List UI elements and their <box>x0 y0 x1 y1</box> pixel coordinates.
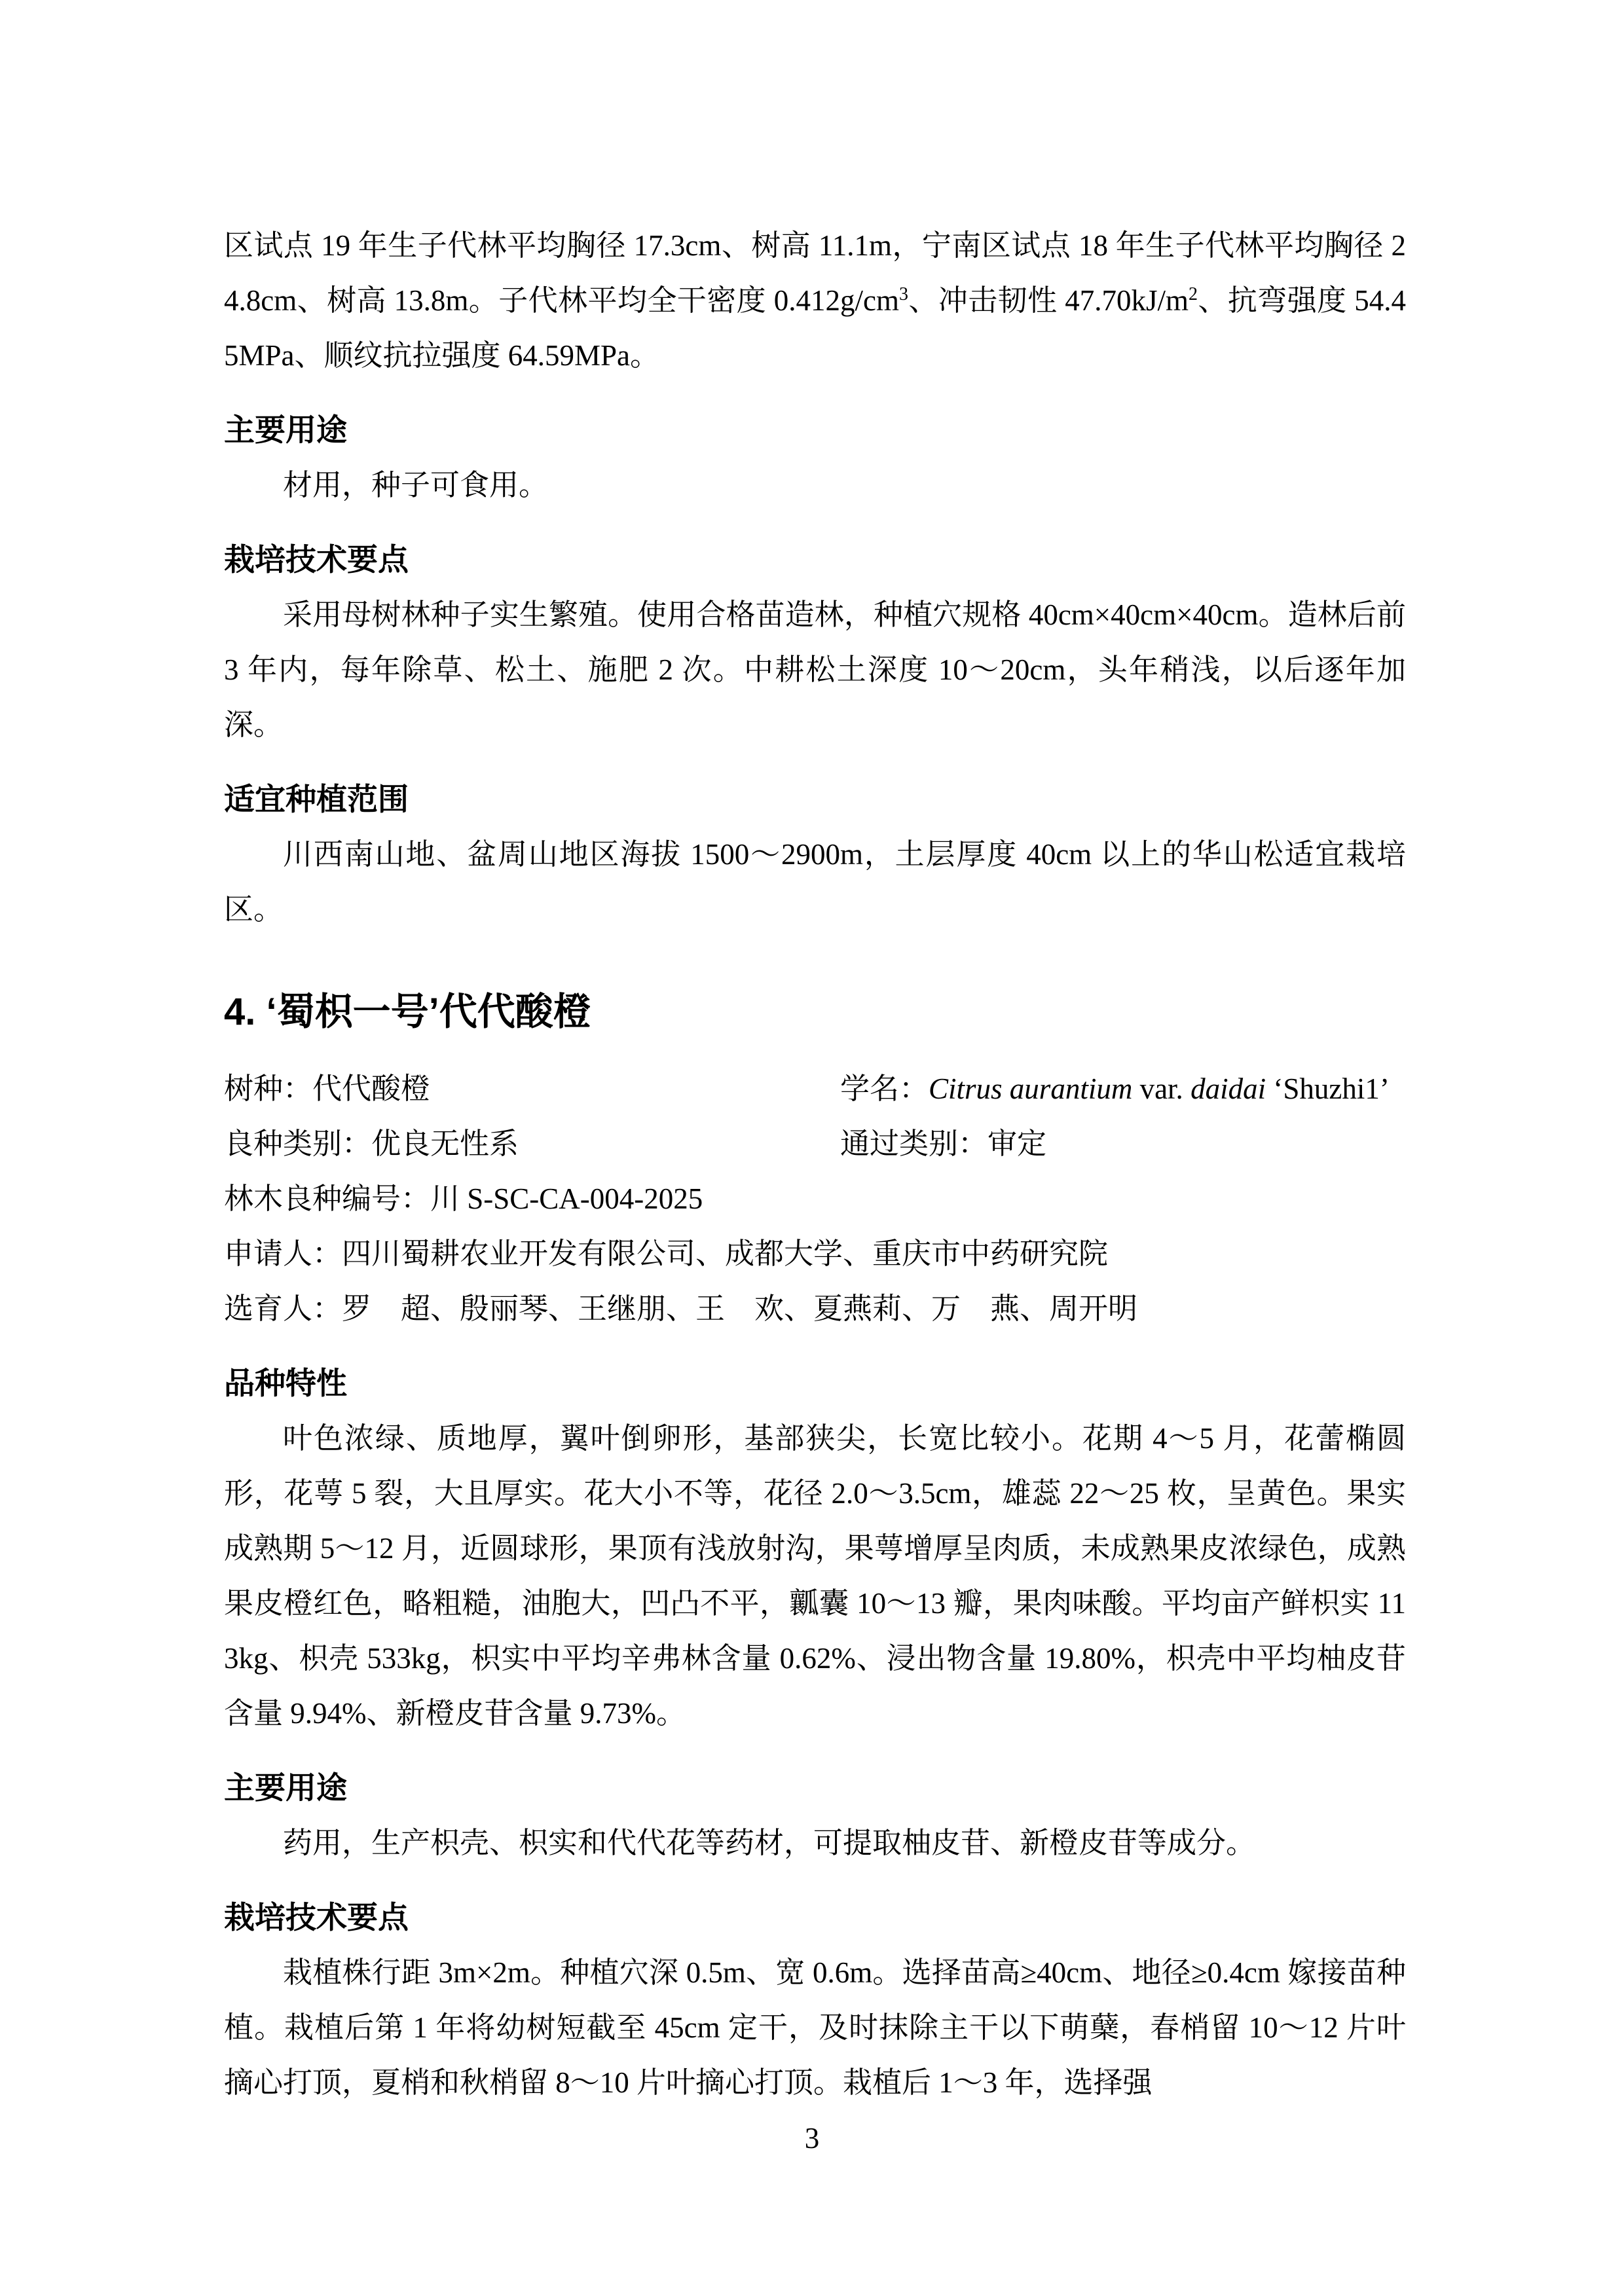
text-run: 通过类别：审定 <box>840 1127 1046 1160</box>
body-paragraph: 叶色浓绿、质地厚，翼叶倒卵形，基部狭尖，长宽比较小。花期 4～5 月，花蕾椭圆形… <box>224 1411 1406 1741</box>
text-run: ‘Shuzhi1’ <box>1266 1072 1390 1105</box>
meta-field-left: 树种：代代酸橙 <box>224 1061 840 1116</box>
section-heading: 适宜种植范围 <box>224 772 1406 827</box>
superscript-text: 2 <box>1189 284 1198 304</box>
document-page: 区试点 19 年生子代林平均胸径 17.3cm、树高 11.1m，宁南区试点 1… <box>0 0 1624 2296</box>
meta-row: 良种类别：优良无性系通过类别：审定 <box>224 1116 1406 1171</box>
text-run: 采用母树林种子实生繁殖。使用合格苗造林，种植穴规格 40cm×40cm×40cm… <box>224 598 1406 741</box>
body-paragraph: 药用，生产枳壳、枳实和代代花等药材，可提取柚皮苷、新橙皮苷等成分。 <box>224 1815 1406 1870</box>
text-run: 材用，种子可食用。 <box>283 469 548 501</box>
text-run: 药用，生产枳壳、枳实和代代花等药材，可提取柚皮苷、新橙皮苷等成分。 <box>283 1827 1255 1859</box>
text-run: 学名： <box>840 1072 929 1105</box>
section-heading: 栽培技术要点 <box>224 1890 1406 1945</box>
section-heading: 主要用途 <box>224 403 1406 458</box>
meta-field-right: 通过类别：审定 <box>840 1116 1406 1171</box>
text-run: 林木良种编号：川 S-SC-CA-004-2025 <box>224 1182 703 1215</box>
document-content: 区试点 19 年生子代林平均胸径 17.3cm、树高 11.1m，宁南区试点 1… <box>224 218 1406 2110</box>
meta-field: 申请人：四川蜀耕农业开发有限公司、成都大学、重庆市中药研究院 <box>224 1226 1406 1281</box>
page-number: 3 <box>0 2121 1624 2155</box>
text-run: 川西南山地、盆周山地区海拔 1500～2900m，土层厚度 40cm 以上的华山… <box>224 838 1406 926</box>
text-run: 良种类别：优良无性系 <box>224 1127 519 1160</box>
chapter-heading: 4. ‘蜀枳一号’代代酸橙 <box>224 976 1406 1048</box>
text-run: 申请人：四川蜀耕农业开发有限公司、成都大学、重庆市中药研究院 <box>224 1237 1108 1270</box>
scientific-name-text: daidai <box>1190 1072 1266 1105</box>
body-paragraph: 栽植株行距 3m×2m。种植穴深 0.5m、宽 0.6m。选择苗高≥40cm、地… <box>224 1945 1406 2110</box>
section-heading: 品种特性 <box>224 1356 1406 1411</box>
section-heading: 栽培技术要点 <box>224 532 1406 587</box>
meta-row: 树种：代代酸橙学名：Citrus aurantium var. daidai ‘… <box>224 1061 1406 1116</box>
meta-field: 选育人：罗 超、殷丽琴、王继朋、王 欢、夏燕莉、万 燕、周开明 <box>224 1281 1406 1336</box>
meta-field-right: 学名：Citrus aurantium var. daidai ‘Shuzhi1… <box>840 1061 1406 1116</box>
text-run: 栽植株行距 3m×2m。种植穴深 0.5m、宽 0.6m。选择苗高≥40cm、地… <box>224 1956 1406 2099</box>
body-paragraph: 川西南山地、盆周山地区海拔 1500～2900m，土层厚度 40cm 以上的华山… <box>224 827 1406 937</box>
meta-field-left: 良种类别：优良无性系 <box>224 1116 840 1171</box>
body-paragraph: 区试点 19 年生子代林平均胸径 17.3cm、树高 11.1m，宁南区试点 1… <box>224 218 1406 383</box>
text-run: 选育人：罗 超、殷丽琴、王继朋、王 欢、夏燕莉、万 燕、周开明 <box>224 1292 1137 1325</box>
body-paragraph: 材用，种子可食用。 <box>224 458 1406 513</box>
body-paragraph: 采用母树林种子实生繁殖。使用合格苗造林，种植穴规格 40cm×40cm×40cm… <box>224 587 1406 752</box>
text-run: var. <box>1132 1072 1190 1105</box>
superscript-text: 3 <box>899 284 908 304</box>
meta-field: 林木良种编号：川 S-SC-CA-004-2025 <box>224 1171 1406 1226</box>
text-run: 、冲击韧性 47.70kJ/m <box>908 284 1189 317</box>
text-run: 叶色浓绿、质地厚，翼叶倒卵形，基部狭尖，长宽比较小。花期 4～5 月，花蕾椭圆形… <box>224 1422 1406 1730</box>
text-run: 树种：代代酸橙 <box>224 1072 430 1105</box>
section-heading: 主要用途 <box>224 1760 1406 1815</box>
scientific-name-text: Citrus aurantium <box>929 1072 1132 1105</box>
